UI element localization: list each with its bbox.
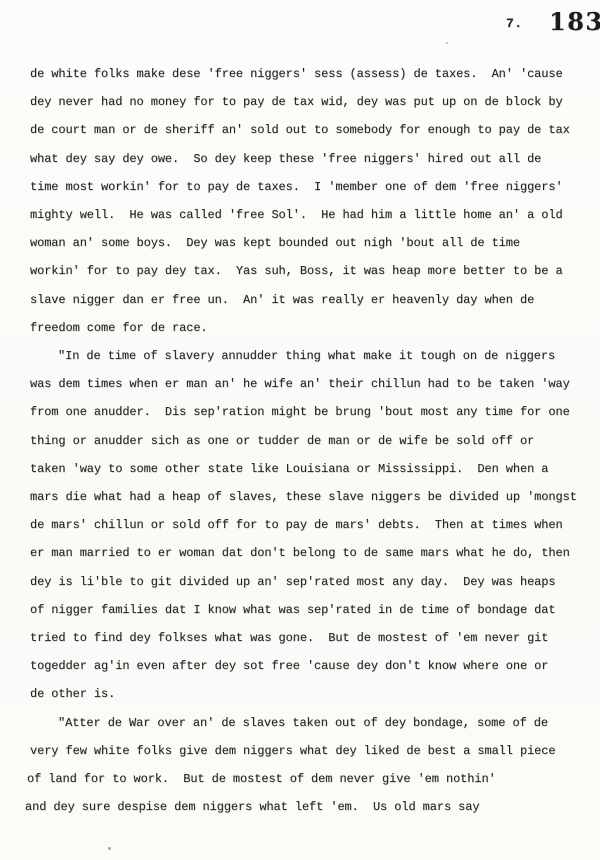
text-line: from one anudder. Dis sep'ration might b…	[30, 398, 578, 426]
page-number-small: 7.	[506, 16, 523, 31]
text-line: workin' for to pay dey tax. Yas suh, Bos…	[30, 257, 578, 285]
document-body: de white folks make dese 'free niggers' …	[30, 60, 578, 821]
text-line: er man married to er woman dat don't bel…	[30, 539, 578, 567]
document-page: 7. 183 de white folks make dese 'free ni…	[0, 0, 600, 860]
text-line: "In de time of slavery annudder thing wh…	[30, 342, 578, 370]
text-line: was dem times when er man an' he wife an…	[30, 370, 578, 398]
text-line: what dey say dey owe. So dey keep these …	[30, 145, 578, 173]
paragraph: "In de time of slavery annudder thing wh…	[30, 342, 578, 709]
text-line: of land for to work. But de mostest of d…	[27, 765, 578, 793]
text-line: very few white folks give dem niggers wh…	[30, 737, 578, 765]
text-line: de court man or de sheriff an' sold out …	[30, 116, 578, 144]
scan-speck	[446, 42, 448, 44]
text-line: togedder ag'in even after dey sot free '…	[30, 652, 578, 680]
text-line: de white folks make dese 'free niggers' …	[30, 60, 578, 88]
text-line: woman an' some boys. Dey was kept bounde…	[30, 229, 578, 257]
text-line: taken 'way to some other state like Loui…	[30, 455, 578, 483]
paragraph: de white folks make dese 'free niggers' …	[30, 60, 578, 342]
text-line: and dey sure despise dem niggers what le…	[25, 793, 578, 821]
page-number-stamp: 183	[549, 7, 600, 36]
text-line: freedom come for de race.	[30, 314, 578, 342]
text-line: slave nigger dan er free un. An' it was …	[30, 286, 578, 314]
text-line: time most workin' for to pay de taxes. I…	[30, 173, 578, 201]
scan-speck	[108, 847, 111, 850]
text-line: tried to find dey folkses what was gone.…	[30, 624, 578, 652]
text-line: of nigger families dat I know what was s…	[30, 596, 578, 624]
paragraph: "Atter de War over an' de slaves taken o…	[30, 709, 578, 822]
text-line: mars die what had a heap of slaves, thes…	[30, 483, 578, 511]
text-line: dey is li'ble to git divided up an' sep'…	[30, 568, 578, 596]
text-line: thing or anudder sich as one or tudder d…	[30, 427, 578, 455]
text-line: mighty well. He was called 'free Sol'. H…	[30, 201, 578, 229]
text-line: de mars' chillun or sold off for to pay …	[30, 511, 578, 539]
text-line: de other is.	[30, 680, 578, 708]
text-line: dey never had no money for to pay de tax…	[30, 88, 578, 116]
text-line: "Atter de War over an' de slaves taken o…	[30, 709, 578, 737]
